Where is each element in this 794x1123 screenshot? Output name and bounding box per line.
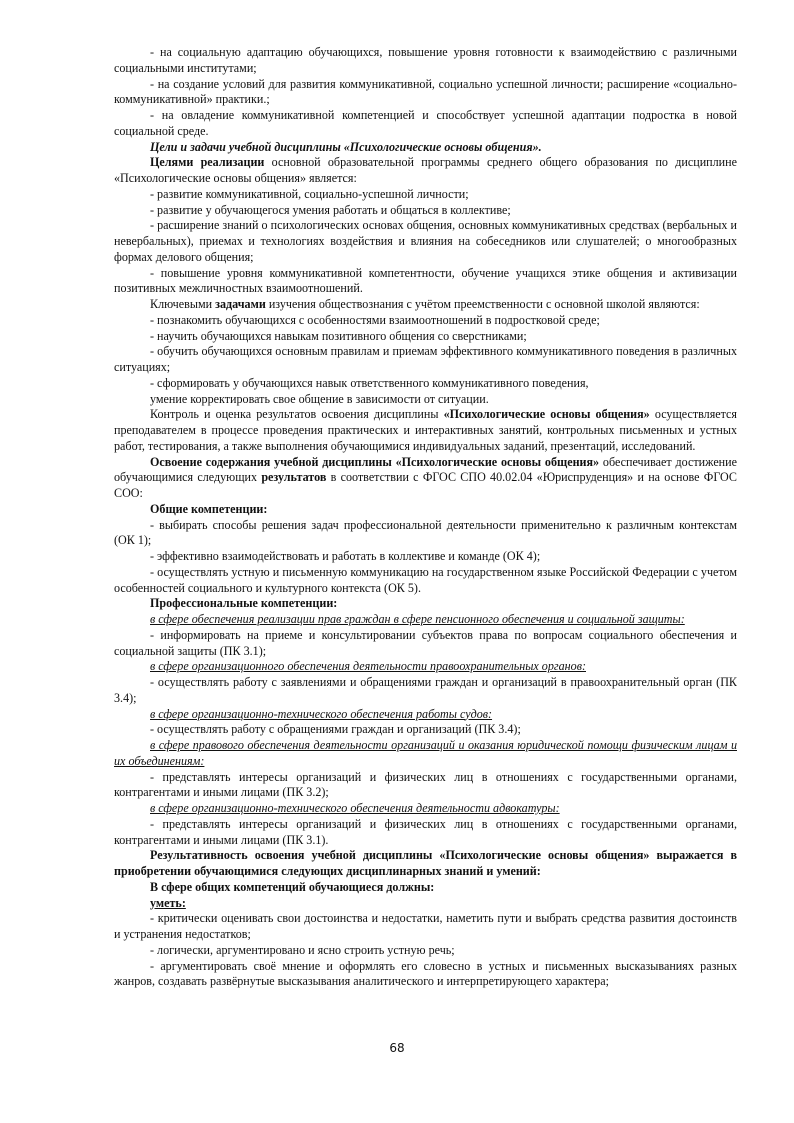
paragraph: - развитие у обучающегося умения работат…	[114, 203, 737, 219]
paragraph: - на овладение коммуникативной компетенц…	[114, 108, 737, 140]
paragraph: - выбирать способы решения задач професс…	[114, 518, 737, 550]
heading-text: Цели и задачи учебной дисциплины «Психол…	[150, 140, 542, 154]
competence-area-heading: в сфере организационно-технического обес…	[114, 707, 737, 723]
paragraph: Контроль и оценка результатов освоения д…	[114, 407, 737, 454]
paragraph: - представлять интересы организаций и фи…	[114, 770, 737, 802]
competence-area-heading: в сфере организационно-технического обес…	[114, 801, 737, 817]
paragraph: - сформировать у обучающихся навык ответ…	[114, 376, 737, 392]
area-text: в сфере обеспечения реализации прав граж…	[150, 612, 685, 626]
paragraph: - представлять интересы организаций и фи…	[114, 817, 737, 849]
competence-area-heading: в сфере обеспечения реализации прав граж…	[114, 612, 737, 628]
bold-heading: Профессиональные компетенции:	[114, 596, 737, 612]
paragraph: умение корректировать свое общение в зав…	[114, 392, 737, 408]
paragraph: - осуществлять устную и письменную комму…	[114, 565, 737, 597]
area-text: в сфере организационно-технического обес…	[150, 801, 560, 815]
paragraph: - осуществлять работу с обращениями граж…	[114, 722, 737, 738]
area-text: в сфере организационного обеспечения дея…	[150, 659, 586, 673]
heading-text: Общие компетенции:	[150, 502, 267, 516]
text-run: Контроль и оценка результатов освоения д…	[150, 407, 444, 421]
document-page: - на социальную адаптацию обучающихся, п…	[114, 45, 737, 990]
bold-heading: В сфере общих компетенций обучающиеся до…	[114, 880, 737, 896]
paragraph: - на создание условий для развития комму…	[114, 77, 737, 109]
paragraph: - информировать на приеме и консультиров…	[114, 628, 737, 660]
paragraph: Целями реализации основной образовательн…	[114, 155, 737, 187]
paragraph: - на социальную адаптацию обучающихся, п…	[114, 45, 737, 77]
heading-text: Результативность освоения учебной дисцип…	[114, 848, 737, 878]
paragraph: Освоение содержания учебной дисциплины «…	[114, 455, 737, 502]
section-heading: Цели и задачи учебной дисциплины «Психол…	[114, 140, 737, 156]
text-run: Ключевыми	[150, 297, 215, 311]
bold-term: Целями реализации	[150, 155, 264, 169]
paragraph: - логически, аргументировано и ясно стро…	[114, 943, 737, 959]
bold-heading: Общие компетенции:	[114, 502, 737, 518]
heading-text: В сфере общих компетенций обучающиеся до…	[150, 880, 434, 894]
area-text: в сфере правового обеспечения деятельнос…	[114, 738, 737, 768]
bold-term: задачами	[215, 297, 266, 311]
paragraph: Ключевыми задачами изучения обществознан…	[114, 297, 737, 313]
paragraph: - развитие коммуникативной, социально-ус…	[114, 187, 737, 203]
paragraph: - осуществлять работу с заявлениями и об…	[114, 675, 737, 707]
heading-text: Профессиональные компетенции:	[150, 596, 337, 610]
skills-subheading: уметь:	[114, 896, 737, 912]
paragraph: - аргументировать своё мнение и оформлят…	[114, 959, 737, 991]
paragraph: - научить обучающихся навыкам позитивног…	[114, 329, 737, 345]
paragraph: - расширение знаний о психологических ос…	[114, 218, 737, 265]
area-text: в сфере организационно-технического обес…	[150, 707, 492, 721]
paragraph: - познакомить обучающихся с особенностям…	[114, 313, 737, 329]
bold-term: «Психологические основы общения»	[444, 407, 650, 421]
paragraph: - обучить обучающихся основным правилам …	[114, 344, 737, 376]
bold-heading: Результативность освоения учебной дисцип…	[114, 848, 737, 880]
competence-area-heading: в сфере организационного обеспечения дея…	[114, 659, 737, 675]
bold-term: Освоение содержания учебной дисциплины «…	[150, 455, 599, 469]
bold-term: результатов	[261, 470, 326, 484]
text-run: изучения обществознания с учётом преемст…	[266, 297, 700, 311]
paragraph: - эффективно взаимодействовать и работат…	[114, 549, 737, 565]
paragraph: - критически оценивать свои достоинства …	[114, 911, 737, 943]
paragraph: - повышение уровня коммуникативной компе…	[114, 266, 737, 298]
competence-area-heading: в сфере правового обеспечения деятельнос…	[114, 738, 737, 770]
page-number: 68	[0, 1041, 794, 1055]
subheading-text: уметь:	[150, 896, 186, 910]
